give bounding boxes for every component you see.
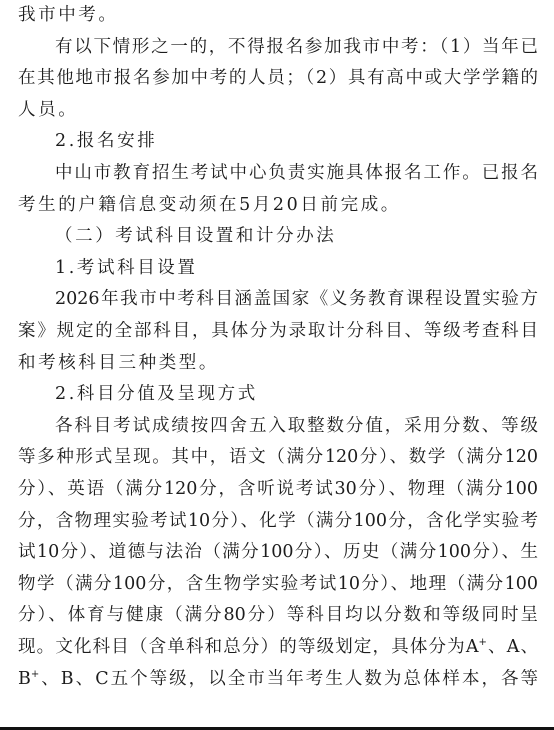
superscript: + xyxy=(478,637,486,648)
text-span: B xyxy=(18,669,31,689)
text-span: 、A、 xyxy=(487,637,538,657)
text-line: 2.报名安排 xyxy=(18,126,538,158)
text-line: 分）、体育与健康（满分80分）等科目均以分数和等级同时呈 xyxy=(18,600,538,632)
text-line-grades-2: B+、B、C五个等级，以全市当年考生人数为总体样本，各等 xyxy=(18,664,538,696)
text-line: 2026年我市中考科目涵盖国家《义务教育课程设置实验方 xyxy=(18,284,538,316)
text-line: 1.考试科目设置 xyxy=(18,253,538,285)
text-span: 、B、C五个等级，以全市当年考生人数为总体样本，各等 xyxy=(39,669,538,689)
text-line: 有以下情形之一的，不得报名参加我市中考：（1）当年已 xyxy=(18,32,538,64)
text-line: 试10分）、道德与法治（满分100分）、历史（满分100分）、生 xyxy=(18,537,538,569)
text-line: 等多种形式呈现。其中，语文（满分120分）、数学（满分120 xyxy=(18,442,538,474)
text-line: 各科目考试成绩按四舍五入取整数分值，采用分数、等级 xyxy=(18,411,538,443)
text-line: 中山市教育招生考试中心负责实施具体报名工作。已报名 xyxy=(18,158,538,190)
text-span: 现。文化科目（含单科和总分）的等级划定，具体分为A xyxy=(18,637,478,657)
text-line: 和考核科目三种类型。 xyxy=(18,348,538,380)
text-line: 案》规定的全部科目，具体分为录取计分科目、等级考查科目 xyxy=(18,316,538,348)
text-line-grades-1: 现。文化科目（含单科和总分）的等级划定，具体分为A+、A、 xyxy=(18,632,538,664)
text-line: （二）考试科目设置和计分办法 xyxy=(18,221,538,253)
text-line: 物学（满分100分，含生物学实验考试10分）、地理（满分100 xyxy=(18,569,538,601)
text-line: 考生的户籍信息变动须在5月20日前完成。 xyxy=(18,190,538,222)
superscript: + xyxy=(31,669,39,680)
text-line: 分）、英语（满分120分，含听说考试30分）、物理（满分100 xyxy=(18,474,538,506)
text-line: 人员。 xyxy=(18,95,538,127)
grade-lines: 现。文化科目（含单科和总分）的等级划定，具体分为A+、A、 B+、B、C五个等级… xyxy=(18,632,538,695)
text-line: 2.科目分值及呈现方式 xyxy=(18,379,538,411)
text-line: 分，含物理实验考试10分）、化学（满分100分，含化学实验考 xyxy=(18,506,538,538)
text-line: 在其他地市报名参加中考的人员；（2）具有高中或大学学籍的 xyxy=(18,63,538,95)
document-page: 我市中考。有以下情形之一的，不得报名参加我市中考：（1）当年已在其他地市报名参加… xyxy=(18,0,538,632)
text-line: 我市中考。 xyxy=(18,0,538,32)
